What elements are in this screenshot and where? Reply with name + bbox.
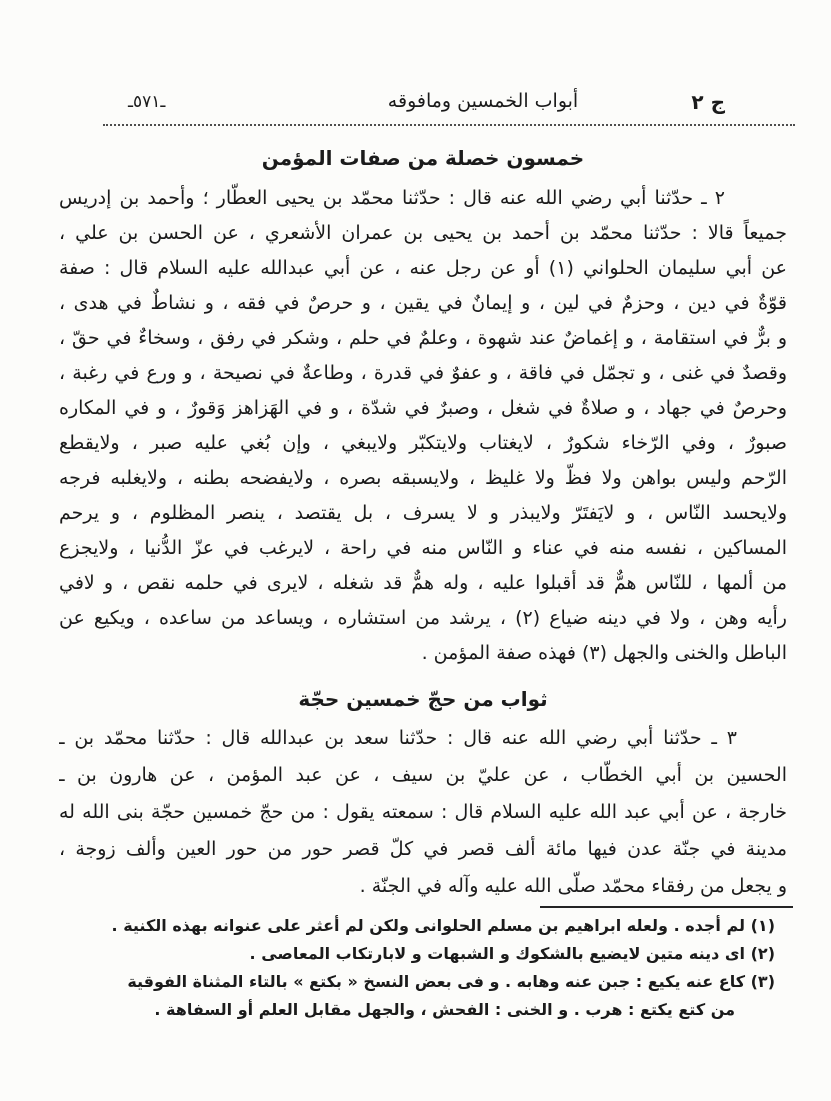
volume-label: ج ٢ xyxy=(691,90,725,114)
footnote-line: (١) لم أجده . ولعله ابراهيم بن مسلم الحل… xyxy=(59,912,775,940)
header-rule xyxy=(103,124,795,126)
body-line: و يجعل من رفقاء محمّد صلّى الله عليه وآل… xyxy=(59,868,787,905)
body-line: جميعاً قالا : حدّثنا محمّد بن أحمد بن يح… xyxy=(59,216,787,251)
body-line: من ألمها ، للنّاس همٌّ قد أقبلوا عليه ، … xyxy=(59,566,787,601)
body-line: وقصدٌ في غنى ، و تجمّل في فاقة ، و عفوٌ … xyxy=(59,356,787,391)
footnote-line: من كتع يكتع : هرب . و الخنى : الفحش ، وا… xyxy=(59,996,775,1024)
page-body: خمسون خصلة من صفات المؤمن ٢ ـ حدّثنا أبي… xyxy=(59,143,787,905)
footnote-separator xyxy=(540,906,793,908)
body-line: الحسين بن أبي الخطّاب ، عن عليّ بن سيف ،… xyxy=(59,757,787,794)
footnote-line: (٣) كاع عنه يكيع : جبن عنه وهابه . و فى … xyxy=(59,968,775,996)
body-line: المساكين ، نفسه منه في عناء و النّاس منه… xyxy=(59,531,787,566)
body-line: رأيه وهن ، ولا في دينه ضياع (٢) ، يرشد م… xyxy=(59,601,787,636)
page-number: ـ٥٧١ـ xyxy=(128,92,165,112)
body-line: ولايحسد النّاس ، و لايَفتَرّ ولايبذر و ل… xyxy=(59,496,787,531)
section-1-heading: خمسون خصلة من صفات المؤمن xyxy=(59,143,787,173)
footnotes: (١) لم أجده . ولعله ابراهيم بن مسلم الحل… xyxy=(59,912,775,1024)
body-line: عن أبي سليمان الحلواني (١) أو عن رجل عنه… xyxy=(59,251,787,286)
body-line: قوّةٌ في دين ، وحزمٌ في لين ، و إيمانٌ ف… xyxy=(59,286,787,321)
body-line: ٢ ـ حدّثنا أبي رضي الله عنه قال : حدّثنا… xyxy=(59,181,787,216)
body-line: و برٌّ في استقامة ، و إغماضٌ عند شهوة ، … xyxy=(59,321,787,356)
header-title: أبواب الخمسين ومافوقه xyxy=(388,90,578,112)
body-line: الباطل والخنى والجهل (٣) فهذه صفة المؤمن… xyxy=(59,636,787,671)
section-2-heading: ثواب من حجّ خمسين حجّة xyxy=(59,684,787,714)
footnote-line: (٢) اى دينه متين لايضيع بالشكوك و الشبها… xyxy=(59,940,775,968)
body-line: خارجة ، عن أبي عبد الله عليه السلام قال … xyxy=(59,794,787,831)
page: ج ٢ أبواب الخمسين ومافوقه ـ٥٧١ـ خمسون خص… xyxy=(0,0,831,1101)
body-line: وحرصٌ في جهاد ، و صلاةٌ في شغل ، وصبرٌ ف… xyxy=(59,391,787,426)
body-line: ٣ ـ حدّثنا أبي رضي الله عنه قال : حدّثنا… xyxy=(59,720,787,757)
body-line: الرّحم وليس بواهن ولا فظّ ولا غليظ ، ولا… xyxy=(59,461,787,496)
body-line: مدينة في جنّة عدن فيها مائة ألف قصر في ك… xyxy=(59,831,787,868)
body-line: صبورٌ ، وفي الرّخاء شكورٌ ، لايغتاب ولاي… xyxy=(59,426,787,461)
